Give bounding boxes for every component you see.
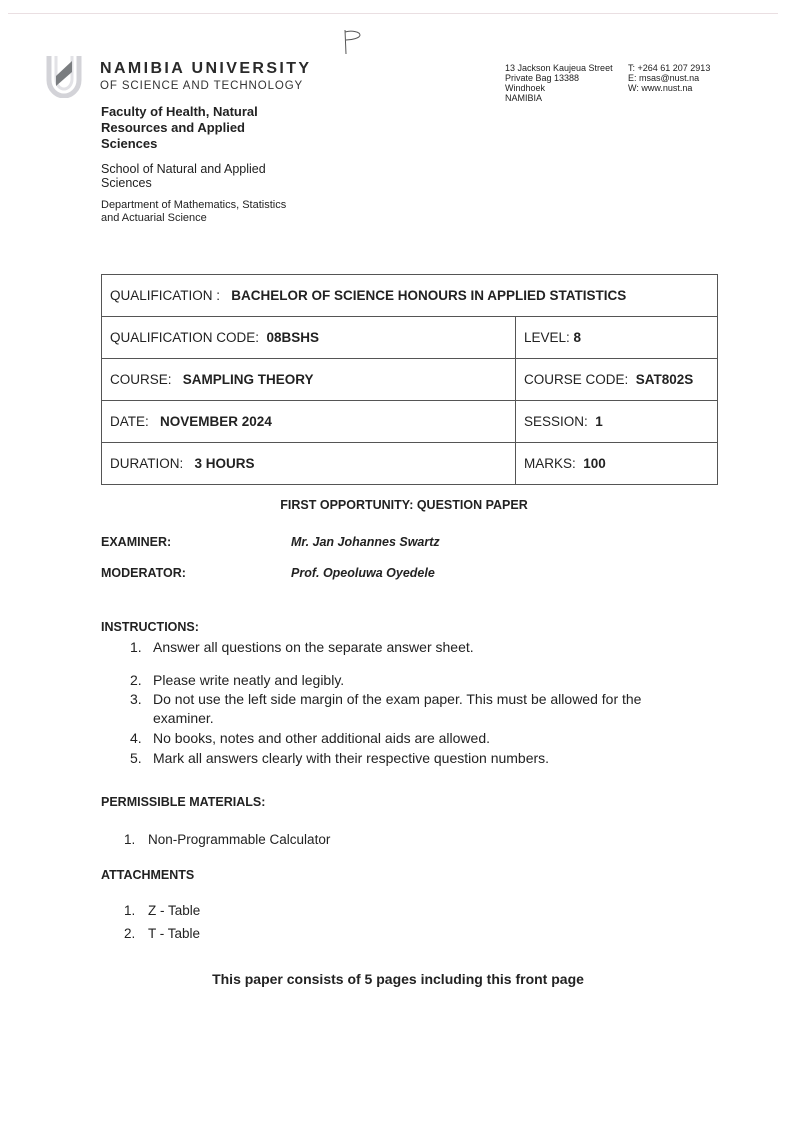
marks-value: 100 [583, 456, 606, 471]
level-value: 8 [574, 330, 582, 345]
date-cell: DATE: NOVEMBER 2024 [102, 401, 516, 443]
school-name: School of Natural and Applied Sciences [101, 162, 301, 190]
course-value: SAMPLING THEORY [183, 372, 314, 387]
duration-cell: DURATION: 3 HOURS [102, 443, 516, 485]
email: E: msas@nust.na [628, 73, 710, 83]
address-line: Windhoek [505, 83, 613, 93]
course-cell: COURSE: SAMPLING THEORY [102, 359, 516, 401]
address-line: NAMIBIA [505, 93, 613, 103]
table-row: COURSE: SAMPLING THEORY COURSE CODE: SAT… [102, 359, 718, 401]
session-value: 1 [595, 414, 603, 429]
course-code-cell: COURSE CODE: SAT802S [516, 359, 718, 401]
attachment-item: 2.T - Table [124, 926, 200, 941]
moderator-label: MODERATOR: [101, 566, 186, 580]
attachment-item: 1.Z - Table [124, 903, 200, 918]
table-row: QUALIFICATION : BACHELOR OF SCIENCE HONO… [102, 275, 718, 317]
qualification-code-cell: QUALIFICATION CODE: 08BSHS [102, 317, 516, 359]
scan-artifact-line [8, 13, 778, 14]
address-line: Private Bag 13388 [505, 73, 613, 83]
page-count-note: This paper consists of 5 pages including… [0, 971, 794, 987]
qualification-code-value: 08BSHS [267, 330, 320, 345]
handwritten-mark [340, 26, 364, 61]
table-row: DATE: NOVEMBER 2024 SESSION: 1 [102, 401, 718, 443]
website: W: www.nust.na [628, 83, 710, 93]
university-logo-icon [45, 52, 83, 98]
permissible-item: 1.Non-Programmable Calculator [124, 832, 330, 847]
exam-info-table: QUALIFICATION : BACHELOR OF SCIENCE HONO… [101, 274, 718, 485]
course-code-value: SAT802S [636, 372, 694, 387]
level-cell: LEVEL: 8 [516, 317, 718, 359]
contact-details: T: +264 61 207 2913 E: msas@nust.na W: w… [628, 63, 710, 93]
table-row: QUALIFICATION CODE: 08BSHS LEVEL: 8 [102, 317, 718, 359]
instruction-item: 5.Mark all answers clearly with their re… [130, 750, 549, 766]
qualification-value: BACHELOR OF SCIENCE HONOURS IN APPLIED S… [231, 288, 626, 303]
session-cell: SESSION: 1 [516, 401, 718, 443]
postal-address: 13 Jackson Kaujeua Street Private Bag 13… [505, 63, 613, 103]
moderator-name: Prof. Opeoluwa Oyedele [291, 566, 435, 580]
instruction-item: 2.Please write neatly and legibly. [130, 672, 344, 688]
phone: T: +264 61 207 2913 [628, 63, 710, 73]
marks-cell: MARKS: 100 [516, 443, 718, 485]
instruction-item: 4.No books, notes and other additional a… [130, 730, 490, 746]
university-subtitle: OF SCIENCE AND TECHNOLOGY [100, 80, 303, 92]
university-name: NAMIBIA UNIVERSITY [100, 60, 312, 78]
instruction-item: 3.Do not use the left side margin of the… [130, 691, 641, 707]
address-line: 13 Jackson Kaujeua Street [505, 63, 613, 73]
department-name: Department of Mathematics, Statistics an… [101, 199, 301, 225]
table-row: DURATION: 3 HOURS MARKS: 100 [102, 443, 718, 485]
instruction-item-continuation: examiner. [153, 710, 214, 726]
examiner-name: Mr. Jan Johannes Swartz [291, 535, 440, 549]
faculty-name: Faculty of Health, Natural Resources and… [101, 104, 301, 152]
examiner-label: EXAMINER: [101, 535, 171, 549]
opportunity-title: FIRST OPPORTUNITY: QUESTION PAPER [0, 498, 794, 512]
instructions-heading: INSTRUCTIONS: [101, 620, 199, 634]
duration-value: 3 HOURS [195, 456, 255, 471]
qualification-cell: QUALIFICATION : BACHELOR OF SCIENCE HONO… [102, 275, 718, 317]
attachments-heading: ATTACHMENTS [101, 868, 194, 882]
instruction-item: 1.Answer all questions on the separate a… [130, 639, 474, 655]
permissible-materials-heading: PERMISSIBLE MATERIALS: [101, 795, 265, 809]
date-value: NOVEMBER 2024 [160, 414, 272, 429]
